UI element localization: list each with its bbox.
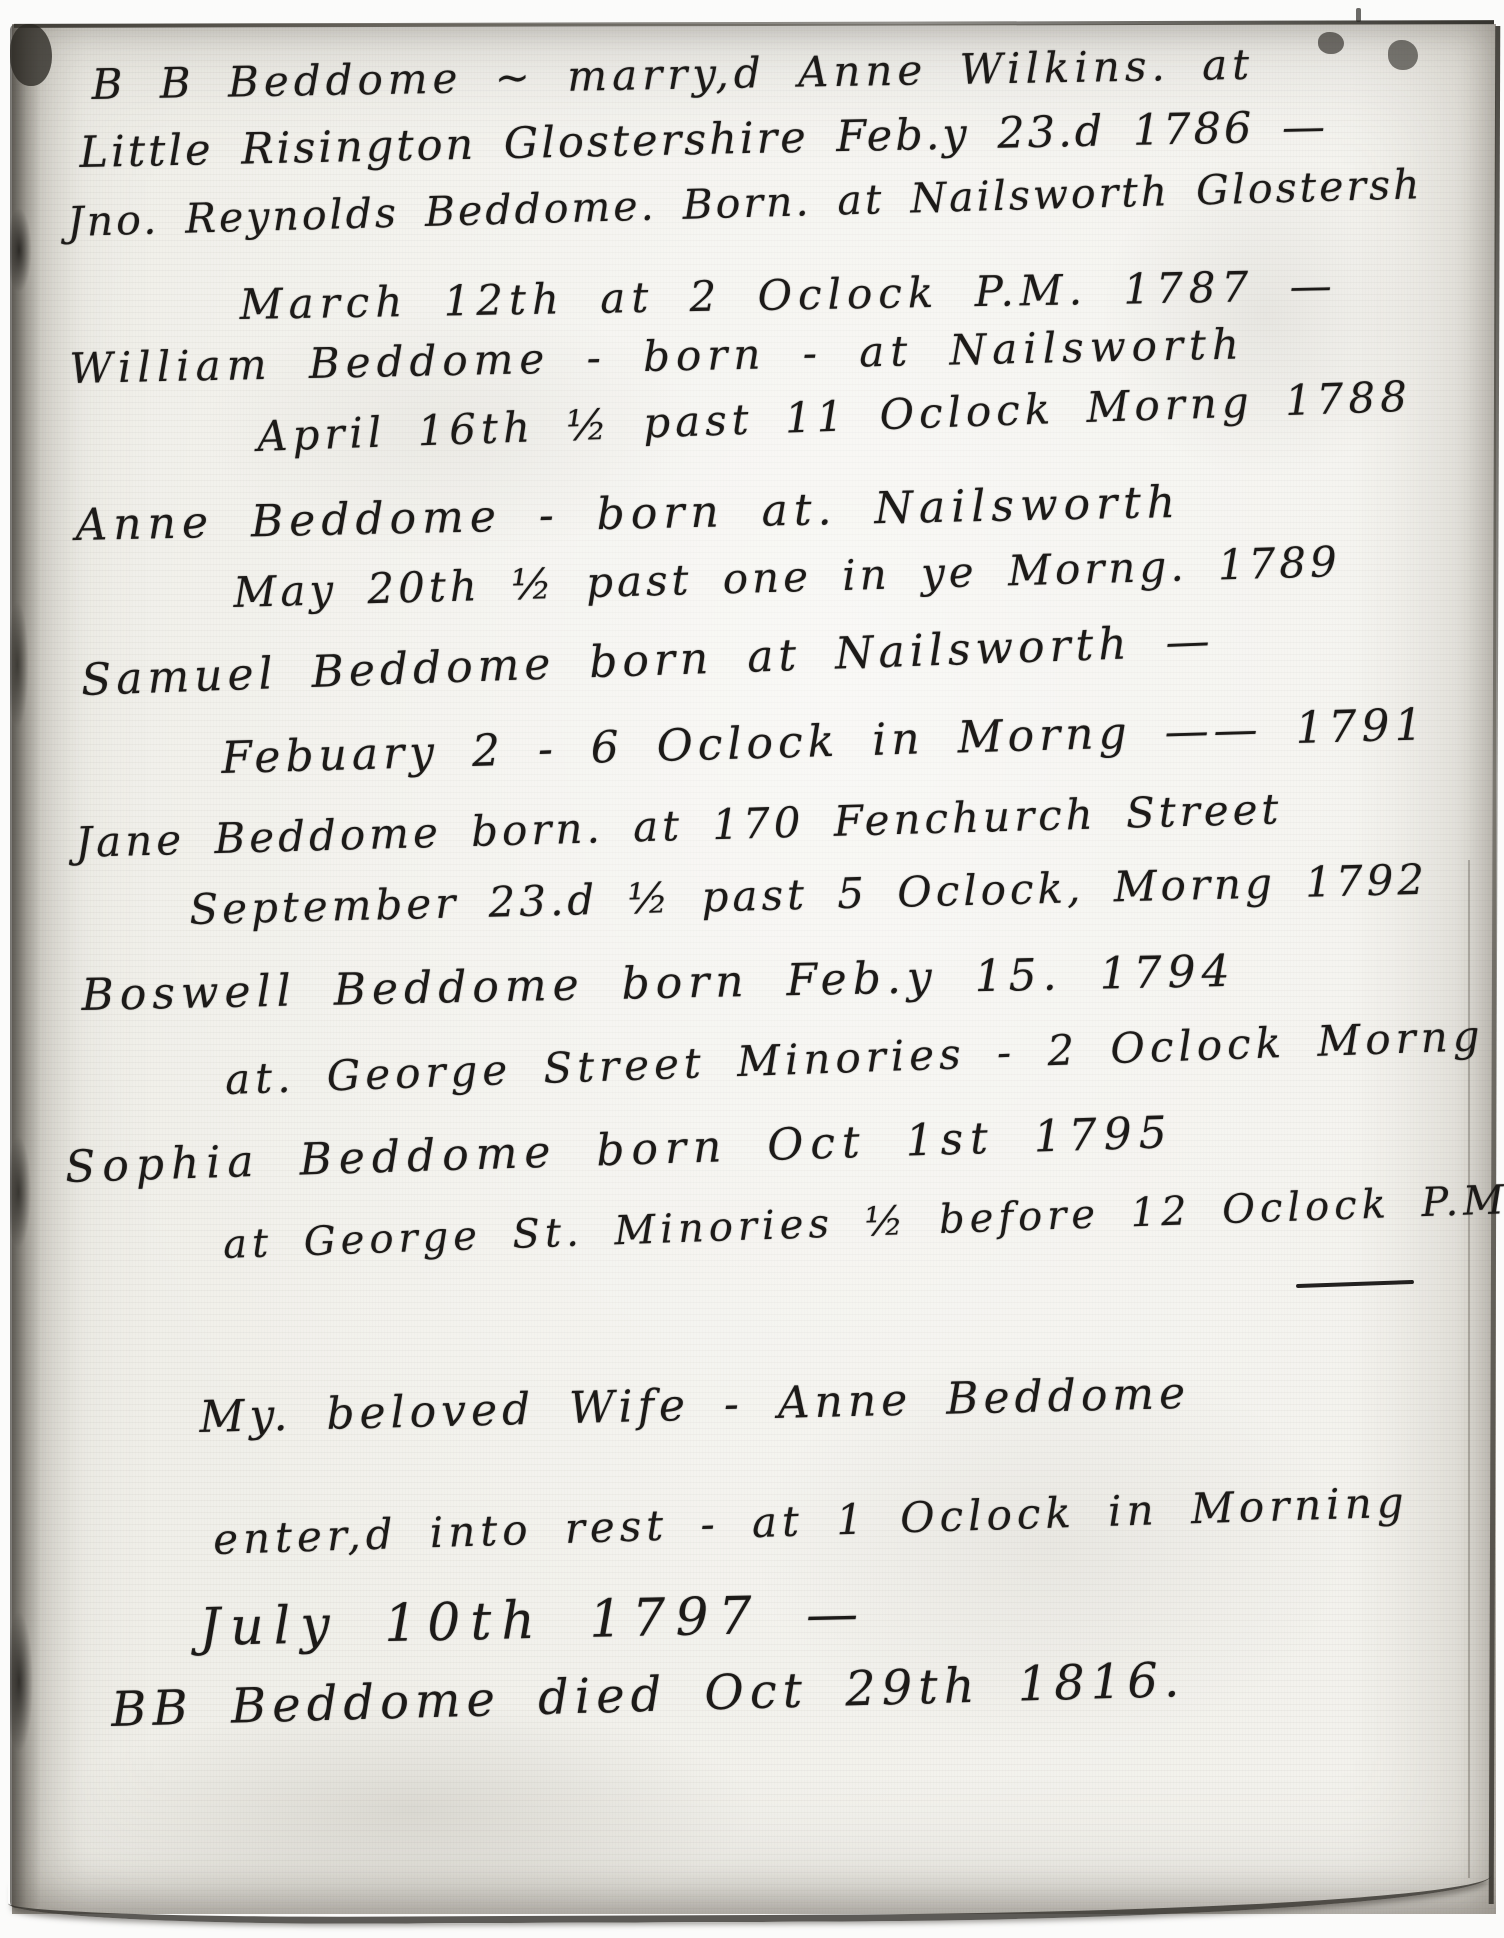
scanned-register-page: B B Beddome ~ marry,d Anne Wilkins. at L… — [0, 0, 1504, 1938]
ink-smudge — [1356, 8, 1361, 22]
page-edge-bottom — [8, 1870, 1492, 1925]
corner-blot-top-left — [10, 24, 52, 86]
ink-smudge — [1318, 32, 1344, 54]
ink-smudge — [1388, 40, 1418, 70]
page-edge-left — [10, 24, 40, 1908]
